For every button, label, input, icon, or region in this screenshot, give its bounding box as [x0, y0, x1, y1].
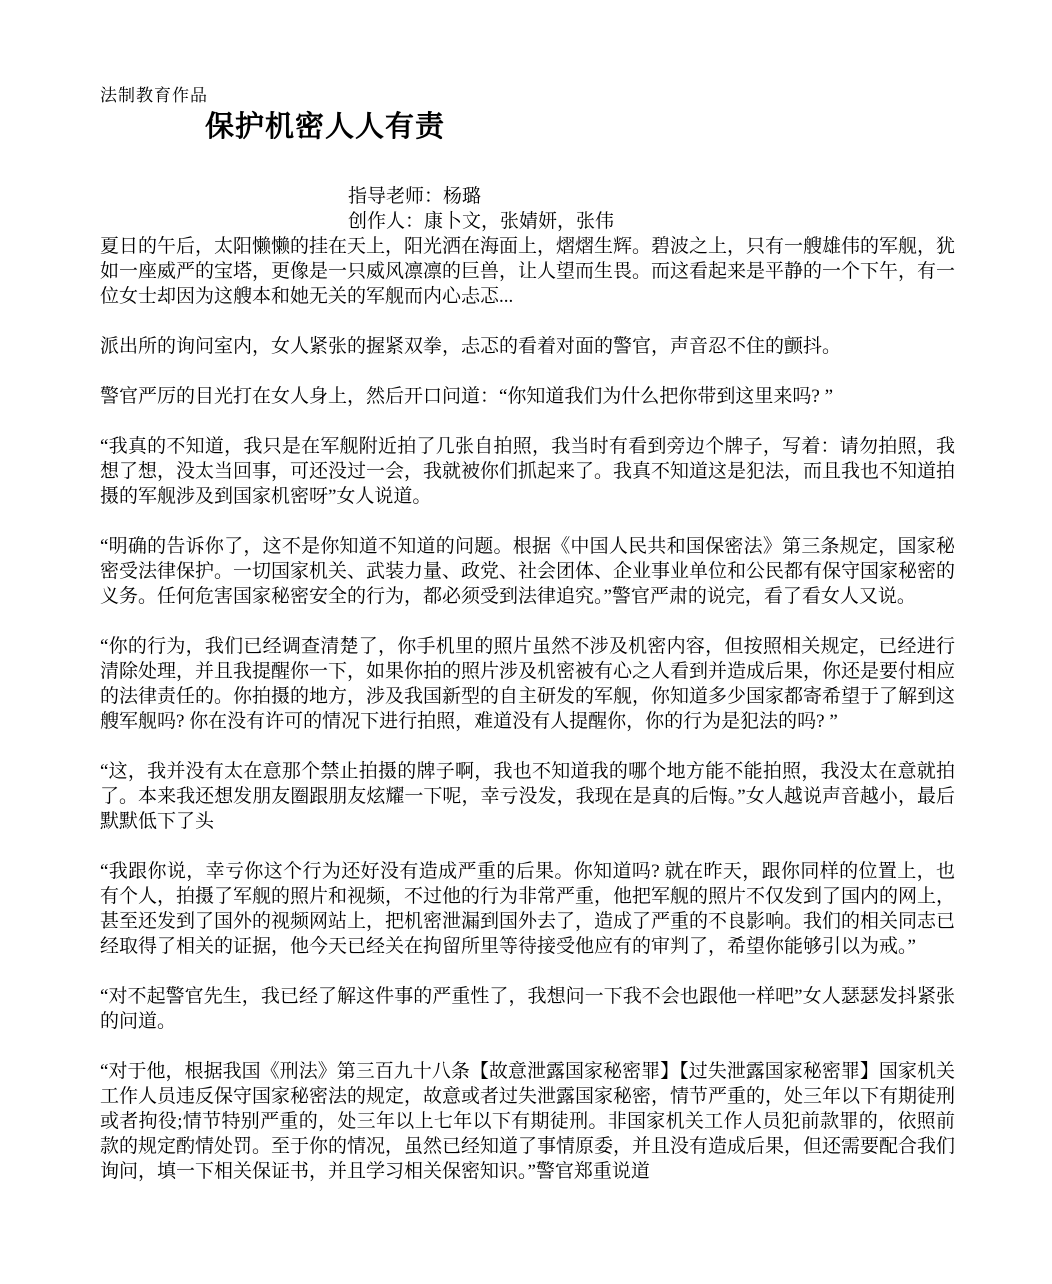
story-paragraph: “对不起警官先生，我已经了解这件事的严重性了，我想问一下我不会也跟他一样吧”女人… — [100, 984, 955, 1034]
document-page: 法制教育作品 保护机密人人有责 指导老师：杨璐 创作人：康卜文，张婧妍，张伟 夏… — [0, 0, 1052, 1284]
creators-line: 创作人：康卜文，张婧妍，张伟 — [348, 209, 955, 234]
story-paragraph: 夏日的午后，太阳懒懒的挂在天上，阳光洒在海面上，熠熠生辉。碧波之上，只有一艘雄伟… — [100, 234, 955, 309]
instructor-line: 指导老师：杨璐 — [348, 184, 955, 209]
story-paragraph: 警官严厉的目光打在女人身上，然后开口问道：“你知道我们为什么把你带到这里来吗? … — [100, 384, 955, 409]
document-category-label: 法制教育作品 — [100, 86, 955, 106]
story-paragraph: “我跟你说，幸亏你这个行为还好没有造成严重的后果。你知道吗? 就在昨天，跟你同样… — [100, 859, 955, 959]
document-title: 保护机密人人有责 — [205, 110, 955, 144]
story-paragraph: “我真的不知道，我只是在军舰附近拍了几张自拍照，我当时有看到旁边个牌子，写着：请… — [100, 434, 955, 509]
story-paragraph: “对于他，根据我国《刑法》第三百九十八条【故意泄露国家秘密罪】【过失泄露国家秘密… — [100, 1059, 955, 1184]
story-paragraph: “你的行为，我们已经调查清楚了，你手机里的照片虽然不涉及机密内容，但按照相关规定… — [100, 634, 955, 734]
story-paragraph: “明确的告诉你了，这不是你知道不知道的问题。根据《中国人民共和国保密法》第三条规… — [100, 534, 955, 609]
story-paragraph: “这，我并没有太在意那个禁止拍摄的牌子啊，我也不知道我的哪个地方能不能拍照，我没… — [100, 759, 955, 834]
credits-block: 指导老师：杨璐 创作人：康卜文，张婧妍，张伟 — [348, 184, 955, 234]
document-body: 夏日的午后，太阳懒懒的挂在天上，阳光洒在海面上，熠熠生辉。碧波之上，只有一艘雄伟… — [100, 234, 955, 1184]
story-paragraph: 派出所的询问室内，女人紧张的握紧双拳，忐忑的看着对面的警官，声音忍不住的颤抖。 — [100, 334, 955, 359]
